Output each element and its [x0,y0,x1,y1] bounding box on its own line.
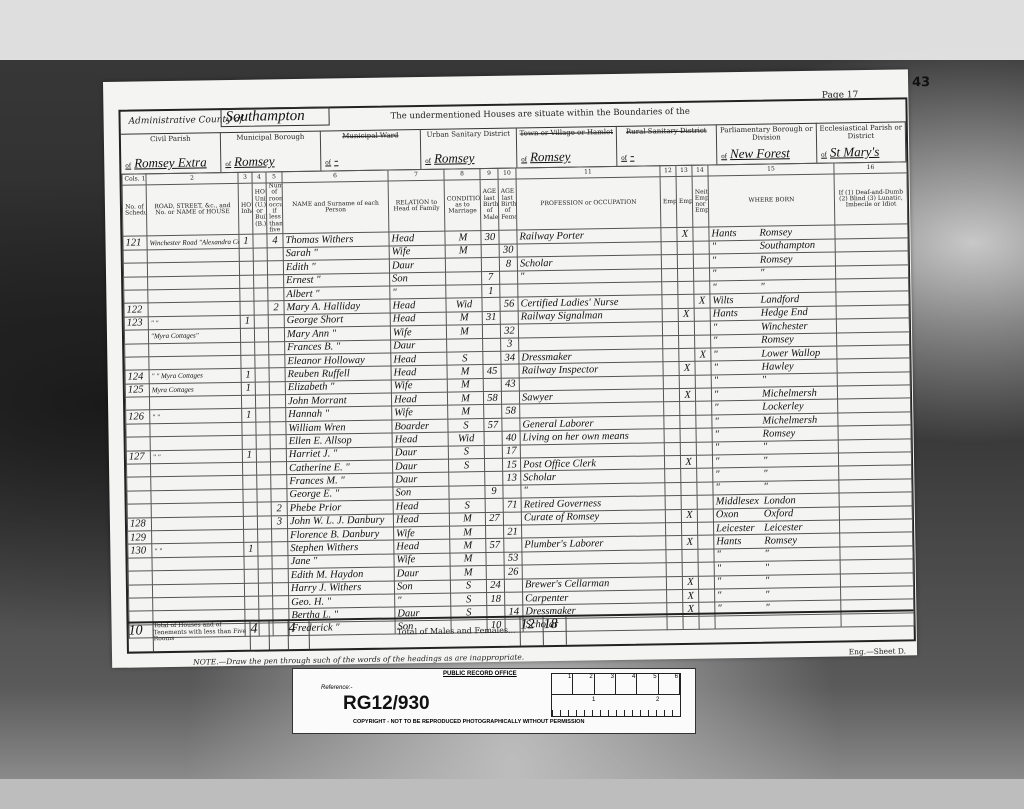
cell-inhab [243,502,257,516]
cell-infirm [836,305,909,320]
cell-sched [125,357,149,371]
district-label: Parliamentary Borough or Division [717,123,816,143]
cell-infirm [836,318,909,333]
cell-emp [663,375,679,389]
cell-rel: Head [390,298,446,312]
born-county: Hants [716,536,764,548]
cell-rooms: 2 [268,301,284,315]
district-label: Urban Sanitary District [421,128,516,139]
total-houses-inhabited: 4 [250,621,269,649]
cell-rel: Daur [394,566,450,580]
born-county: Wilts [712,295,760,307]
cell-infirm [840,572,913,587]
column-number: 5 [266,172,282,183]
cell-female [500,271,518,285]
cell-rooms [272,569,288,583]
cell-rooms [272,529,288,543]
cell-nei [693,254,709,268]
cell-female: 43 [501,378,519,392]
ruler-cm: 123456 [552,674,680,695]
cell-female: 26 [504,565,522,579]
born-place: " [765,576,770,587]
cell-empd [681,495,697,509]
cell-female [500,311,518,325]
cell-nei [695,388,711,402]
cell-nei [696,442,712,456]
cell-rel: Head [392,432,448,446]
cell-empd [678,321,694,335]
cell-uninhab [253,234,267,248]
born-place: " [760,268,765,279]
cell-rooms: 2 [271,502,287,516]
column-header: HOUSES Inhabited [238,183,253,235]
cell-emp [664,415,680,429]
column-header: WHERE BORN [708,174,835,227]
cell-emp [665,469,681,483]
cell-sched: 128 [127,517,151,531]
cell-sched: 126 [126,410,150,424]
cell-female: 17 [502,445,520,459]
cell-rel: Wife [391,379,447,393]
cell-infirm [839,519,912,534]
born-place: Hawley [761,361,793,373]
column-number: 9 [480,168,498,179]
total-females: 18 [543,617,566,645]
cell-infirm [839,479,912,494]
born-place: Romsey [763,428,796,440]
cell-cond: M [446,311,482,325]
district-value: Romsey [530,149,571,165]
cell-infirm [836,291,909,306]
cell-uninhab [255,395,269,409]
ruler-cm-mark: 5 [637,674,658,694]
cell-uninhab [258,529,272,543]
cell-uninhab [258,569,272,583]
cell-cond [445,258,481,272]
cell-male [483,338,501,352]
cell-infirm [836,278,909,293]
district-label: Town or Village or Hamlet [517,126,616,138]
cell-rel: Daur [389,258,445,272]
cell-infirm [840,532,913,547]
cell-rel: Wife [394,553,450,567]
cell-uninhab [257,502,271,516]
born-place: " [763,469,768,480]
cell-rel: Head [393,513,449,527]
cell-inhab: 1 [240,315,254,329]
scan-bottom-margin [0,779,1024,809]
cell-infirm [837,345,910,360]
cell-nei [693,268,709,282]
cell-rel: Head [391,365,447,379]
cell-rel: " [395,593,451,607]
cell-nei [697,495,713,509]
cell-male [481,244,499,258]
census-rows: 121Winchester Road "Alexandra Cottages"1… [123,224,914,638]
cell-empd: X [680,455,696,469]
cell-cond: S [448,459,484,473]
cell-rooms [269,381,285,395]
cell-nei [698,562,714,576]
cell-uninhab [257,475,271,489]
admin-county-value: Southampton [220,106,329,127]
born-county: " [714,415,762,427]
cell-uninhab [254,301,268,315]
cell-cond: M [447,378,483,392]
cell-sched: 123 [124,317,148,331]
cell-male [483,351,501,365]
cell-cond: S [448,445,484,459]
cell-nei: X [694,294,710,308]
cell-infirm [841,586,914,601]
total-rooms: 4 [288,621,309,649]
cell-sched [123,263,147,277]
cell-nei [695,375,711,389]
cell-rooms [267,261,283,275]
cell-rel: Wife [394,526,450,540]
column-header: HOUSES Uninhabited (U.), or Building (B.… [252,183,267,235]
born-place: " [763,442,768,453]
cell-empd: X [682,576,698,590]
column-number: 8 [444,169,480,181]
cell-female: 40 [502,431,520,445]
cell-nei [694,321,710,335]
cell-sched [124,330,148,344]
cell-empd: X [678,308,694,322]
born-place: Hedge End [761,307,808,319]
cell-sched: 122 [124,303,148,317]
cell-emp [661,241,677,255]
cell-infirm [839,505,912,520]
born-county: " [712,241,760,253]
column-number: 4 [252,172,266,183]
cell-cond [447,338,483,352]
boundaries-intro: The undermentioned Houses are situate wi… [390,107,689,122]
cell-sched: 129 [128,531,152,545]
cell-emp [664,455,680,469]
cell-sched: 130 [128,544,152,558]
cell-uninhab [255,341,269,355]
cell-male: 58 [483,391,501,405]
district-value-wrap: ofRomsey Extra [125,154,207,171]
district-value-wrap: ofRomsey [225,153,275,170]
cell-infirm [837,372,910,387]
cell-sched: 127 [126,450,150,464]
cell-male: 30 [481,231,499,245]
cell-infirm [837,358,910,373]
cell-emp [662,322,678,336]
cell-uninhab [256,435,270,449]
district-2: Municipal Wardof- [321,129,422,171]
cell-rooms [268,328,284,342]
cell-empd: X [679,362,695,376]
cell-rel: Head [390,312,446,326]
cell-sched [126,424,150,438]
cell-rooms [271,475,287,489]
column-header: NAME and Surname of each Person [282,181,389,234]
cell-sched [128,558,152,572]
column-header: If (1) Deaf-and-Dumb (2) Blind (3) Lunat… [834,173,908,226]
cell-uninhab [253,261,267,275]
cell-rooms [270,422,286,436]
cell-cond: M [450,526,486,540]
district-6: Parliamentary Borough or DivisionofNew F… [717,123,818,165]
born-place: " [763,455,768,466]
district-label: Municipal Ward [321,129,420,141]
cell-rel: Head [391,352,447,366]
cell-female [503,512,521,526]
district-label: Municipal Borough [221,131,320,143]
ruler-inch-2: 2 [656,697,659,703]
born-county: Oxon [716,509,764,521]
cell-nei [699,589,715,603]
cell-female [503,485,521,499]
cell-rel: Daur [392,446,448,460]
cell-sched [123,250,147,264]
cell-empd: X [679,388,695,402]
cell-empd: X [681,509,697,523]
cell-nei [693,241,709,255]
cell-rooms: 4 [267,234,283,248]
cell-rel: Daur [391,339,447,353]
born-county: " [714,402,762,414]
cell-male: 9 [485,485,503,499]
cell-cond: M [449,512,485,526]
cell-emp [663,362,679,376]
cell-infirm [835,264,908,279]
district-1: Municipal BoroughofRomsey [221,131,322,173]
cell-male [484,445,502,459]
cell-sched [126,437,150,451]
cell-nei [697,468,713,482]
cell-nei [696,428,712,442]
cell-male: 45 [483,365,501,379]
district-value-wrap: of- [325,152,338,168]
cell-cond: M [450,539,486,553]
column-header: RELATION to Head of Family [388,180,445,232]
column-header: Number of rooms occupied if less than fi… [266,183,283,235]
born-place: " [762,375,767,386]
cell-rooms [271,488,287,502]
cell-uninhab [259,596,273,610]
born-county: " [715,469,763,481]
ruler-cm-mark: 3 [595,674,616,694]
district-value: Romsey [234,153,275,169]
cell-cond: M [448,405,484,419]
cell-cond [446,271,482,285]
sheet-label: Eng.—Sheet D. [849,646,907,656]
cell-sched: 124 [125,370,149,384]
cell-empd [679,335,695,349]
column-number: 13 [676,165,692,176]
office-label: PUBLIC RECORD OFFICE [443,671,517,677]
born-place: Lockerley [762,401,804,413]
cell-inhab [242,462,256,476]
born-place: " [765,589,770,600]
born-county: Leicester [716,522,764,534]
cell-inhab [243,489,257,503]
scan-top-margin [0,0,1024,60]
cell-sched [125,397,149,411]
cell-nei [694,281,710,295]
born-place: Romsey [759,227,792,239]
cell-inhab: 1 [241,382,255,396]
cell-infirm [838,425,911,440]
district-value-wrap: ofRomsey [521,149,571,166]
cell-female [504,538,522,552]
cell-cond [449,485,485,499]
totals-blank [566,611,913,644]
cell-male: 57 [486,539,504,553]
cell-nei [694,308,710,322]
cell-infirm [838,398,911,413]
column-header: Employer [660,177,677,229]
born-place: Romsey [764,535,797,547]
cell-female: 13 [503,471,521,485]
born-place: Michelmersh [762,388,817,400]
cell-cond: S [450,579,486,593]
cell-infirm [838,438,911,453]
born-county: " [716,549,764,561]
cell-inhab [244,569,258,583]
cell-female: 34 [501,351,519,365]
born-place: " [760,281,765,292]
cell-female [499,230,517,244]
cell-male [482,324,500,338]
cell-uninhab [253,248,267,262]
cell-rel: Head [394,539,450,553]
cell-male: 57 [484,418,502,432]
cell-nei [696,455,712,469]
cell-uninhab [254,315,268,329]
cell-uninhab [255,368,269,382]
cell-sched [129,598,153,612]
cell-inhab [239,248,253,262]
column-header: CONDITION as to Marriage [444,180,481,232]
cell-rooms [268,314,284,328]
district-value: - [334,152,339,167]
cell-empd [680,428,696,442]
cell-rel: Daur [392,459,448,473]
cell-inhab [242,435,256,449]
cell-nei [697,482,713,496]
born-county: " [715,442,763,454]
cell-empd [682,549,698,563]
cell-rooms [273,596,289,610]
district-value: Romsey Extra [134,154,207,170]
born-place: Landford [760,294,799,306]
cell-uninhab [254,274,268,288]
cell-uninhab [256,408,270,422]
cell-female: 8 [499,257,517,271]
ruler-cm-mark: 1 [552,674,573,694]
cell-nei [693,227,709,241]
born-place: Winchester [761,321,808,333]
born-place: Oxford [764,508,794,519]
cell-rel: Son [390,272,446,286]
cell-emp [663,389,679,403]
ruler-cm-mark: 4 [616,674,637,694]
cell-empd [680,402,696,416]
cell-female: 30 [499,244,517,258]
cell-empd [679,375,695,389]
born-county: " [712,268,760,280]
cell-male [483,378,501,392]
cell-male [485,472,503,486]
cell-inhab [241,355,255,369]
total-schedules: 10 [129,623,154,651]
cell-rooms [270,462,286,476]
cell-cond: M [447,365,483,379]
total-houses-label: Total of Houses and of Tenements with le… [154,622,251,652]
cell-inhab: 1 [241,368,255,382]
cell-female [501,364,519,378]
born-county: " [713,348,761,360]
cell-inhab [240,301,254,315]
census-table: Cols. 12345678910111213141516 No. of Sch… [121,161,914,638]
total-houses-uninhabited [269,621,288,649]
column-header: Employed [676,176,693,228]
cell-male [486,552,504,566]
cell-empd [681,522,697,536]
cell-rooms [269,395,285,409]
cell-inhab [239,261,253,275]
born-county: Hants [713,308,761,320]
cell-female [500,284,518,298]
cell-emp [667,589,683,603]
cell-empd [681,482,697,496]
cell-male: 7 [482,271,500,285]
cell-emp [664,402,680,416]
cell-sched [127,491,151,505]
cell-empd: X [682,536,698,550]
born-county: " [714,388,762,400]
born-county: " [715,482,763,494]
cell-rel: Wife [392,406,448,420]
cell-infirm [840,559,913,574]
cell-female: 56 [500,297,518,311]
cell-empd: X [683,589,699,603]
cell-rel: Head [391,392,447,406]
cell-cond [446,285,482,299]
cell-emp [661,255,677,269]
cell-emp [665,482,681,496]
cell-infirm [839,465,912,480]
cell-rooms [272,555,288,569]
district-7: Ecclesiastical Parish or DistrictofSt Ma… [817,121,907,162]
district-value: St Mary's [830,144,880,160]
cell-inhab [240,275,254,289]
cell-rel: " [390,285,446,299]
district-value: Romsey [434,150,475,166]
census-sheet: 43 Page 17 Administrative County of Sout… [103,69,917,668]
district-value-wrap: of- [621,148,634,164]
total-persons-label: Total of Males and Females... [309,618,520,649]
born-place: Southampton [760,240,816,252]
district-value-wrap: ofRomsey [425,150,475,167]
cell-rel: Boarder [392,419,448,433]
cell-empd [682,562,698,576]
born-county: " [713,321,761,333]
cell-inhab [240,328,254,342]
cell-sched [127,464,151,478]
column-number: 14 [692,165,708,176]
cell-male: 31 [482,311,500,325]
column-header: Neither Employer nor Employed [692,176,709,228]
cell-cond: M [445,244,481,258]
district-5: Rural Sanitary Districtof- [617,124,718,166]
cell-empd [677,268,693,282]
